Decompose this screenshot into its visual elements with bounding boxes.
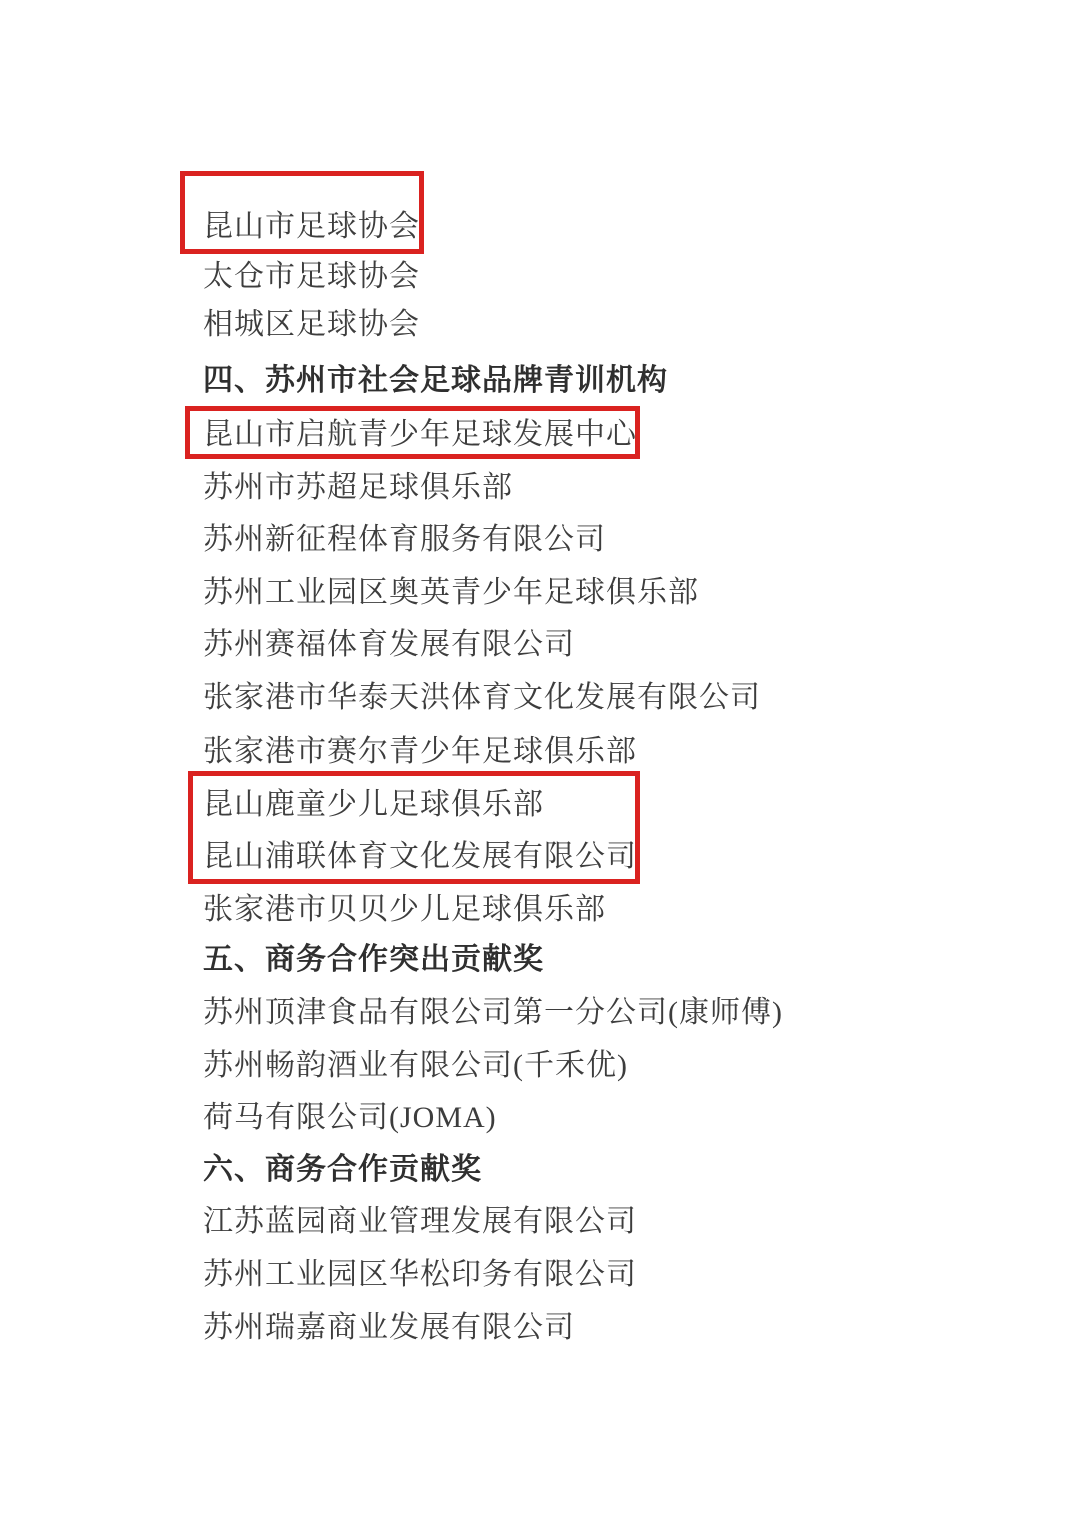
list-item: 苏州工业园区奥英青少年足球俱乐部 [203,572,699,614]
list-item: 苏州畅韵酒业有限公司(千禾优) [203,1045,628,1087]
list-item: 苏州赛福体育发展有限公司 [203,624,575,666]
list-item: 相城区足球协会 [203,304,420,346]
list-item: 太仓市足球协会 [203,256,420,298]
list-item: 昆山浦联体育文化发展有限公司 [203,836,637,878]
list-item: 张家港市华泰天洪体育文化发展有限公司 [203,677,761,719]
list-item: 昆山市足球协会 [203,206,420,248]
section-heading: 五、商务合作突出贡献奖 [203,939,544,981]
list-item: 苏州顶津食品有限公司第一分公司(康师傅) [203,992,783,1034]
list-item: 荷马有限公司(JOMA) [203,1097,497,1139]
list-item: 苏州新征程体育服务有限公司 [203,519,606,561]
document-page: 昆山市足球协会 太仓市足球协会 相城区足球协会 四、苏州市社会足球品牌青训机构 … [0,0,1080,1528]
list-item: 张家港市赛尔青少年足球俱乐部 [203,731,637,773]
list-item: 苏州市苏超足球俱乐部 [203,467,513,509]
section-heading: 四、苏州市社会足球品牌青训机构 [203,360,668,402]
list-item: 张家港市贝贝少儿足球俱乐部 [203,889,606,931]
section-heading: 六、商务合作贡献奖 [203,1149,482,1191]
list-item: 苏州工业园区华松印务有限公司 [203,1254,637,1296]
list-item: 江苏蓝园商业管理发展有限公司 [203,1201,637,1243]
list-item: 苏州瑞嘉商业发展有限公司 [203,1307,575,1349]
list-item: 昆山鹿童少儿足球俱乐部 [203,784,544,826]
list-item: 昆山市启航青少年足球发展中心 [203,414,637,456]
